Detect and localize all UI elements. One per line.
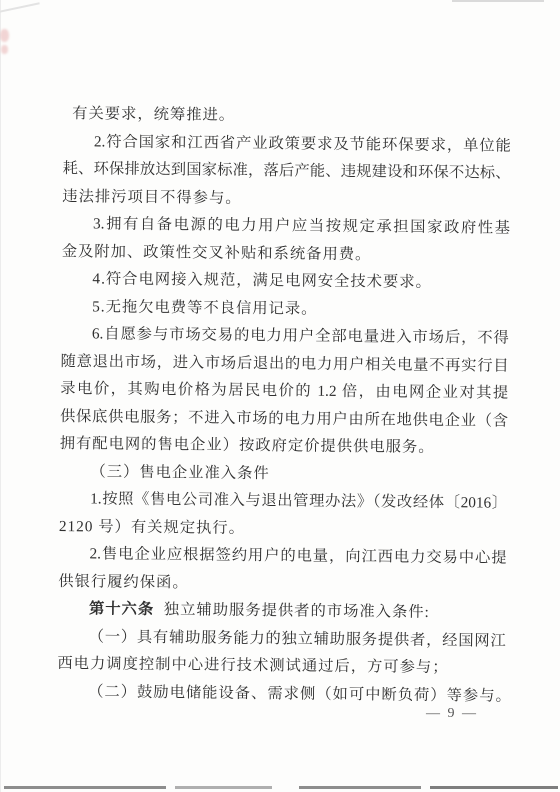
red-scan-smudge: [1, 45, 8, 54]
text-line: 录电价，其购电价格为居民电价的 1.2 倍，由电网企业对其提: [60, 375, 508, 407]
text-line: 耗、环保排放达到国家标准，落后产能、违规建设和环保不达标、: [62, 155, 510, 187]
scan-edge-line-bottom: [299, 786, 421, 789]
text-line: 有关要求，统筹推进。: [63, 100, 511, 132]
scan-edge-line-bottom: [4, 786, 166, 789]
scan-edge-line-top-right: [452, 0, 544, 2]
scan-edge-line-bottom: [430, 786, 558, 789]
article-number-bold: 第十六条: [89, 600, 154, 618]
scanned-document-page: 有关要求，统筹推进。2.符合国家和江西省产业政策要求及节能环保要求，单位能耗、环…: [0, 0, 560, 792]
text-line: 西电力调度控制中心进行技术测试通过后，方可参与；: [57, 650, 505, 682]
document-body: 有关要求，统筹推进。2.符合国家和江西省产业政策要求及节能环保要求，单位能耗、环…: [57, 100, 511, 710]
red-scan-smudge: [0, 29, 9, 42]
scan-diagonal-line: [0, 2, 40, 13]
text-line: 3.拥有自备电源的电力用户应当按规定承担国家政府性基: [62, 210, 510, 242]
scan-edge-line-bottom: [175, 786, 272, 789]
text-line: 4.符合电网接入规范，满足电网安全技术要求。: [61, 265, 509, 297]
text-line: 拥有配电网的售电企业）按政府定价提供供电服务。: [60, 430, 508, 462]
text-line: 2.售电企业应根据签约用户的电量，向江西电力交易中心提: [58, 540, 506, 572]
scan-edge-line-left: [0, 0, 1, 792]
text-line: 第十六条 独立辅助服务提供者的市场准入条件:: [58, 595, 506, 627]
page-number: — 9 —: [330, 703, 478, 725]
text-line: 6.自愿参与市场交易的电力用户全部电量进入市场后，不得: [61, 320, 509, 352]
text-line: 1.按照《售电公司准入与退出管理办法》（发改经体〔2016〕: [59, 485, 507, 517]
